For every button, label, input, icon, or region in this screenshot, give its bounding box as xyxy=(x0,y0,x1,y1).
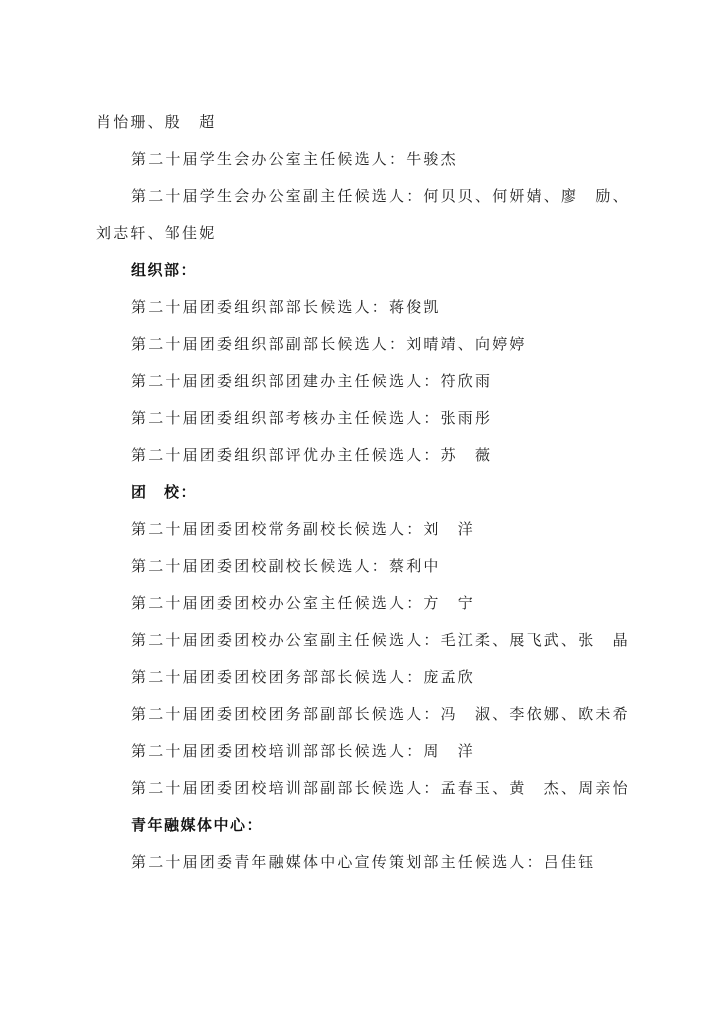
section-heading-organization: 组织部： xyxy=(96,256,626,293)
text-line: 第二十届团委组织部考核办主任候选人：张雨彤 xyxy=(96,404,626,441)
text-line: 肖怡珊、殷 超 xyxy=(96,108,626,145)
text-line: 第二十届团委青年融媒体中心宣传策划部主任候选人：吕佳钰 xyxy=(96,848,626,885)
text-line: 第二十届团委组织部副部长候选人：刘晴靖、向婷婷 xyxy=(96,330,626,367)
text-line: 第二十届团委团校培训部副部长候选人：孟春玉、黄 杰、周亲怡 xyxy=(96,774,626,811)
text-line: 第二十届团委团校培训部部长候选人：周 洋 xyxy=(96,737,626,774)
text-line: 第二十届学生会办公室副主任候选人：何贝贝、何妍婧、廖 励、 xyxy=(96,182,626,219)
section-heading-media-center: 青年融媒体中心： xyxy=(96,811,626,848)
text-line: 第二十届团委团校团务部部长候选人：庞孟欣 xyxy=(96,663,626,700)
text-line: 第二十届学生会办公室主任候选人：牛骏杰 xyxy=(96,145,626,182)
text-line: 刘志轩、邹佳妮 xyxy=(96,219,626,256)
text-line: 第二十届团委组织部评优办主任候选人：苏 薇 xyxy=(96,441,626,478)
text-line: 第二十届团委团校团务部副部长候选人：冯 淑、李依娜、欧未希 xyxy=(96,700,626,737)
text-line: 第二十届团委团校办公室主任候选人：方 宁 xyxy=(96,589,626,626)
document-page: 肖怡珊、殷 超 第二十届学生会办公室主任候选人：牛骏杰 第二十届学生会办公室副主… xyxy=(96,108,626,885)
text-line: 第二十届团委团校办公室副主任候选人：毛江柔、展飞武、张 晶 xyxy=(96,626,626,663)
section-heading-league-school: 团 校： xyxy=(96,478,626,515)
text-line: 第二十届团委团校常务副校长候选人：刘 洋 xyxy=(96,515,626,552)
text-line: 第二十届团委团校副校长候选人：蔡利中 xyxy=(96,552,626,589)
text-line: 第二十届团委组织部团建办主任候选人：符欣雨 xyxy=(96,367,626,404)
text-line: 第二十届团委组织部部长候选人：蒋俊凯 xyxy=(96,293,626,330)
